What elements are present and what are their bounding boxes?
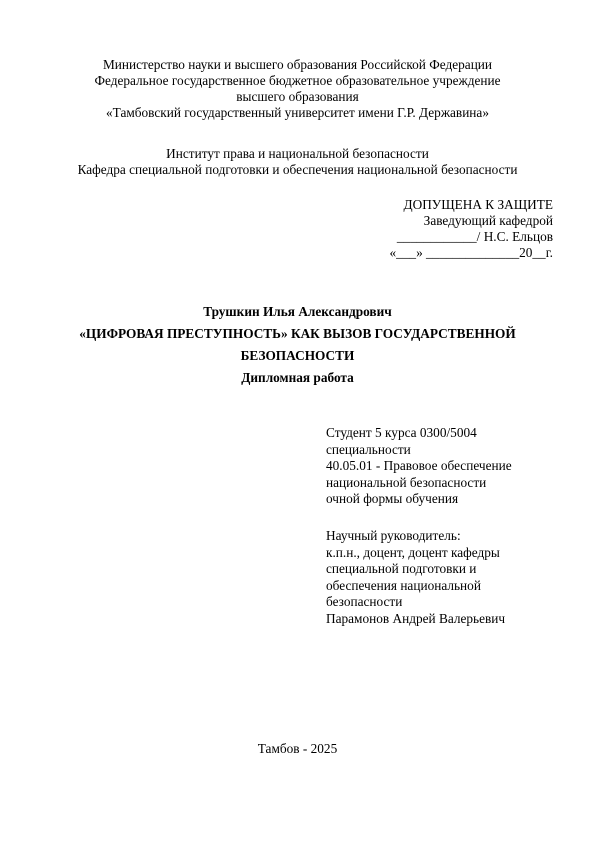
admission-signature: ____________/ Н.С. Ельцов: [389, 229, 553, 245]
student-info-block: Студент 5 курса 0300/5004 специальности …: [326, 425, 512, 508]
footer: Тамбов - 2025: [0, 741, 595, 757]
advisor-name: Парамонов Андрей Валерьевич: [326, 611, 505, 628]
admission-date: «___» ______________20__г.: [389, 245, 553, 261]
advisor-info-block: Научный руководитель: к.п.н., доцент, до…: [326, 528, 505, 627]
institute-name: Институт права и национальной безопаснос…: [0, 146, 595, 162]
advisor-line: безопасности: [326, 594, 505, 611]
author-name: Трушкин Илья Александрович: [0, 301, 595, 323]
student-line: очной формы обучения: [326, 491, 512, 508]
admission-role: Заведующий кафедрой: [389, 213, 553, 229]
advisor-line: к.п.н., доцент, доцент кафедры: [326, 545, 505, 562]
university-name-line: «Тамбовский государственный университет …: [0, 105, 595, 121]
admission-title: ДОПУЩЕНА К ЗАЩИТЕ: [389, 197, 553, 213]
institution-type-line: Федеральное государственное бюджетное об…: [0, 73, 595, 89]
thesis-title-line-1: «ЦИФРОВАЯ ПРЕСТУПНОСТЬ» КАК ВЫЗОВ ГОСУДА…: [0, 323, 595, 345]
thesis-title-block: Трушкин Илья Александрович «ЦИФРОВАЯ ПРЕ…: [0, 301, 595, 389]
advisor-line: Научный руководитель:: [326, 528, 505, 545]
student-line: специальности: [326, 442, 512, 459]
advisor-line: обеспечения национальной: [326, 578, 505, 595]
student-line: 40.05.01 - Правовое обеспечение: [326, 458, 512, 475]
place-year: Тамбов - 2025: [0, 741, 595, 757]
department-name: Кафедра специальной подготовки и обеспеч…: [0, 162, 595, 178]
work-type: Дипломная работа: [0, 367, 595, 389]
thesis-title-line-2: БЕЗОПАСНОСТИ: [0, 345, 595, 367]
admission-block: ДОПУЩЕНА К ЗАЩИТЕ Заведующий кафедрой __…: [389, 197, 553, 261]
institute-block: Институт права и национальной безопаснос…: [0, 146, 595, 178]
ministry-header: Министерство науки и высшего образования…: [0, 57, 595, 121]
education-level-line: высшего образования: [0, 89, 595, 105]
student-line: Студент 5 курса 0300/5004: [326, 425, 512, 442]
advisor-line: специальной подготовки и: [326, 561, 505, 578]
ministry-line: Министерство науки и высшего образования…: [0, 57, 595, 73]
student-line: национальной безопасности: [326, 475, 512, 492]
